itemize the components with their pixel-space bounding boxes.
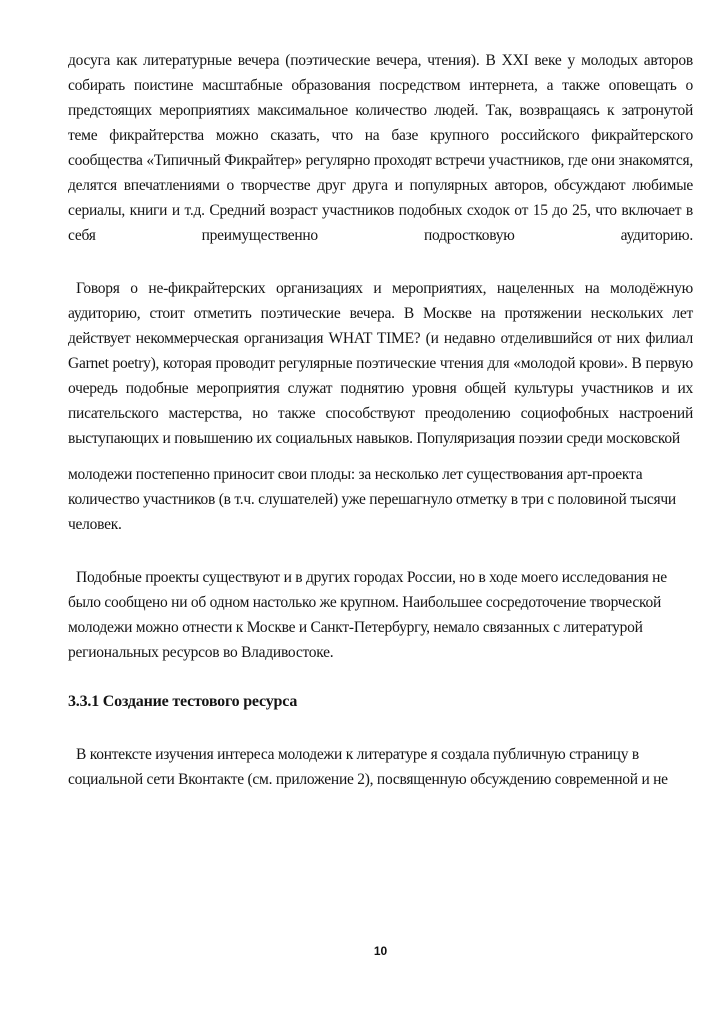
body-paragraph-1: досуга как литературные вечера (поэтичес… [68,48,693,248]
text-column: досуга как литературные вечера (поэтичес… [68,48,693,792]
body-paragraph-4: В контексте изучения интереса молодежи к… [68,742,693,792]
page-number: 10 [68,944,693,958]
body-paragraph-3: Подобные проекты существуют и в других г… [68,565,693,665]
document-page: досуга как литературные вечера (поэтичес… [0,0,724,1024]
section-heading-3-3-1: 3.3.1 Создание тестового ресурса [68,689,693,714]
body-paragraph-2-continuation: молодежи постепенно приносит свои плоды:… [68,462,693,537]
body-paragraph-2: Говоря о не-фикрайтерских организациях и… [68,276,693,451]
